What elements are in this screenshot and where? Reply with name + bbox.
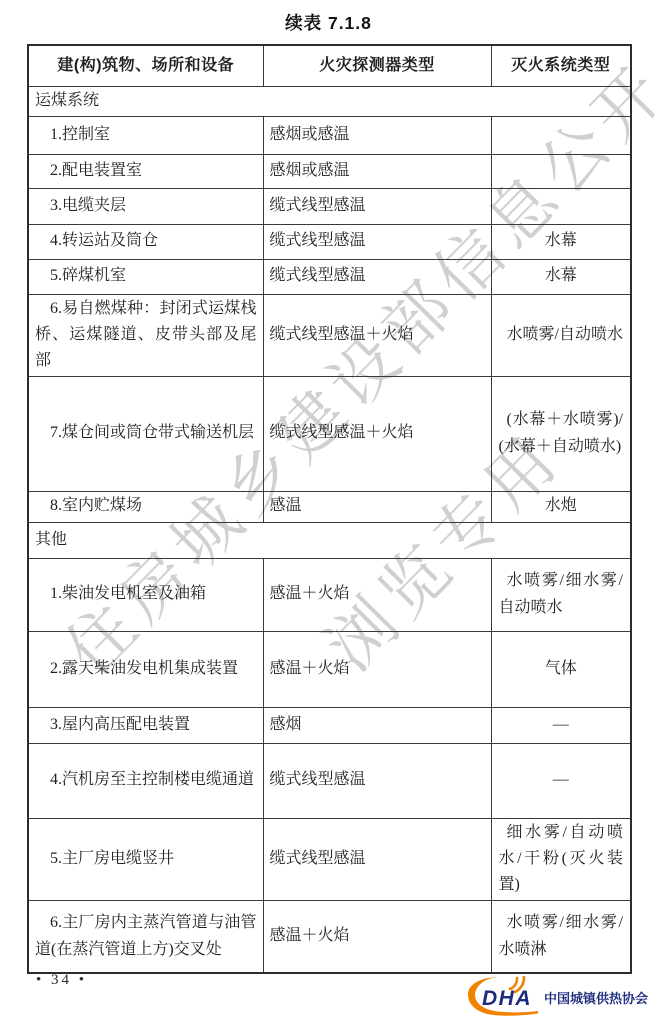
table-row: 6.主厂房内主蒸汽管道与油管道(在蒸汽管道上方)交叉处 感温＋火焰 水喷雾/细水… (28, 900, 631, 973)
cell-place: 6.易自燃煤种：封闭式运煤栈桥、运煤隧道、皮带头部及尾部 (28, 294, 263, 376)
cell-place: 2.配电装置室 (28, 154, 263, 188)
cell-place: 3.电缆夹层 (28, 188, 263, 224)
cell-place: 3.屋内高压配电装置 (28, 707, 263, 743)
cell-detector: 感温＋火焰 (263, 900, 491, 973)
table-row: 3.电缆夹层 缆式线型感温 (28, 188, 631, 224)
cell-system: 水喷雾/细水雾/水喷淋 (491, 900, 631, 973)
cell-detector: 缆式线型感温 (263, 188, 491, 224)
cell-system: 水幕 (491, 259, 631, 294)
cell-place: 7.煤仓间或筒仓带式输送机层 (28, 376, 263, 491)
header-cell-system: 灭火系统类型 (491, 45, 631, 86)
table-row: 3.屋内高压配电装置 感烟 — (28, 707, 631, 743)
cell-detector: 缆式线型感温 (263, 743, 491, 818)
table-row: 4.转运站及筒仓 缆式线型感温 水幕 (28, 224, 631, 259)
cell-system: 水幕 (491, 224, 631, 259)
cell-system: — (491, 707, 631, 743)
header-cell-place: 建(构)筑物、场所和设备 (28, 45, 263, 86)
cell-detector: 缆式线型感温＋火焰 (263, 294, 491, 376)
table-row: 2.露天柴油发电机集成装置 感温＋火焰 气体 (28, 631, 631, 707)
table-row: 5.主厂房电缆竖井 缆式线型感温 细水雾/自动喷水/干粉(灭火装置) (28, 818, 631, 900)
cell-detector: 缆式线型感温 (263, 818, 491, 900)
cell-detector: 感烟或感温 (263, 116, 491, 154)
cell-detector: 缆式线型感温 (263, 259, 491, 294)
fire-protection-table: 建(构)筑物、场所和设备 火灾探测器类型 灭火系统类型 运煤系统 1.控制室 感… (27, 44, 632, 974)
cell-place: 4.汽机房至主控制楼电缆通道 (28, 743, 263, 818)
cell-place: 4.转运站及筒仓 (28, 224, 263, 259)
cell-detector: 缆式线型感温＋火焰 (263, 376, 491, 491)
header-cell-detector: 火灾探测器类型 (263, 45, 491, 86)
cell-system (491, 116, 631, 154)
cell-system (491, 188, 631, 224)
cell-system: — (491, 743, 631, 818)
table-row: 2.配电装置室 感烟或感温 (28, 154, 631, 188)
cell-place: 2.露天柴油发电机集成装置 (28, 631, 263, 707)
logo-abbr: DHA (482, 987, 532, 1010)
cell-system: 水炮 (491, 491, 631, 522)
table-row: 7.煤仓间或筒仓带式输送机层 缆式线型感温＋火焰 (水幕＋水喷雾)/(水幕＋自动… (28, 376, 631, 491)
cell-place: 5.主厂房电缆竖井 (28, 818, 263, 900)
cell-system: 细水雾/自动喷水/干粉(灭火装置) (491, 818, 631, 900)
section-label: 其他 (28, 522, 631, 558)
section-row-other: 其他 (28, 522, 631, 558)
cell-detector: 感烟或感温 (263, 154, 491, 188)
cell-place: 1.控制室 (28, 116, 263, 154)
cell-place: 6.主厂房内主蒸汽管道与油管道(在蒸汽管道上方)交叉处 (28, 900, 263, 973)
page-title: 续表 7.1.8 (27, 10, 630, 35)
table-header-row: 建(构)筑物、场所和设备 火灾探测器类型 灭火系统类型 (28, 45, 631, 86)
cell-system: 水喷雾/自动喷水 (491, 294, 631, 376)
table-row: 5.碎煤机室 缆式线型感温 水幕 (28, 259, 631, 294)
cell-system (491, 154, 631, 188)
cell-detector: 感温＋火焰 (263, 631, 491, 707)
cell-system: 气体 (491, 631, 631, 707)
cell-detector: 缆式线型感温 (263, 224, 491, 259)
logo-name: 中国城镇供热协会 (544, 991, 648, 1006)
cell-place: 1.柴油发电机室及油箱 (28, 558, 263, 631)
cell-detector: 感烟 (263, 707, 491, 743)
table-row: 8.室内贮煤场 感温 水炮 (28, 491, 631, 522)
cell-place: 5.碎煤机室 (28, 259, 263, 294)
cell-detector: 感温＋火焰 (263, 558, 491, 631)
association-logo: DHA 中国城镇供热协会 (468, 974, 648, 1016)
table-row: 6.易自燃煤种：封闭式运煤栈桥、运煤隧道、皮带头部及尾部 缆式线型感温＋火焰 水… (28, 294, 631, 376)
table-row: 4.汽机房至主控制楼电缆通道 缆式线型感温 — (28, 743, 631, 818)
table-row: 1.柴油发电机室及油箱 感温＋火焰 水喷雾/细水雾/自动喷水 (28, 558, 631, 631)
cell-system: (水幕＋水喷雾)/(水幕＋自动喷水) (491, 376, 631, 491)
cell-place: 8.室内贮煤场 (28, 491, 263, 522)
cell-detector: 感温 (263, 491, 491, 522)
cell-system: 水喷雾/细水雾/自动喷水 (491, 558, 631, 631)
table-row: 1.控制室 感烟或感温 (28, 116, 631, 154)
section-label: 运煤系统 (28, 86, 631, 116)
section-row-coal: 运煤系统 (28, 86, 631, 116)
page-number: • 34 • (36, 972, 87, 989)
